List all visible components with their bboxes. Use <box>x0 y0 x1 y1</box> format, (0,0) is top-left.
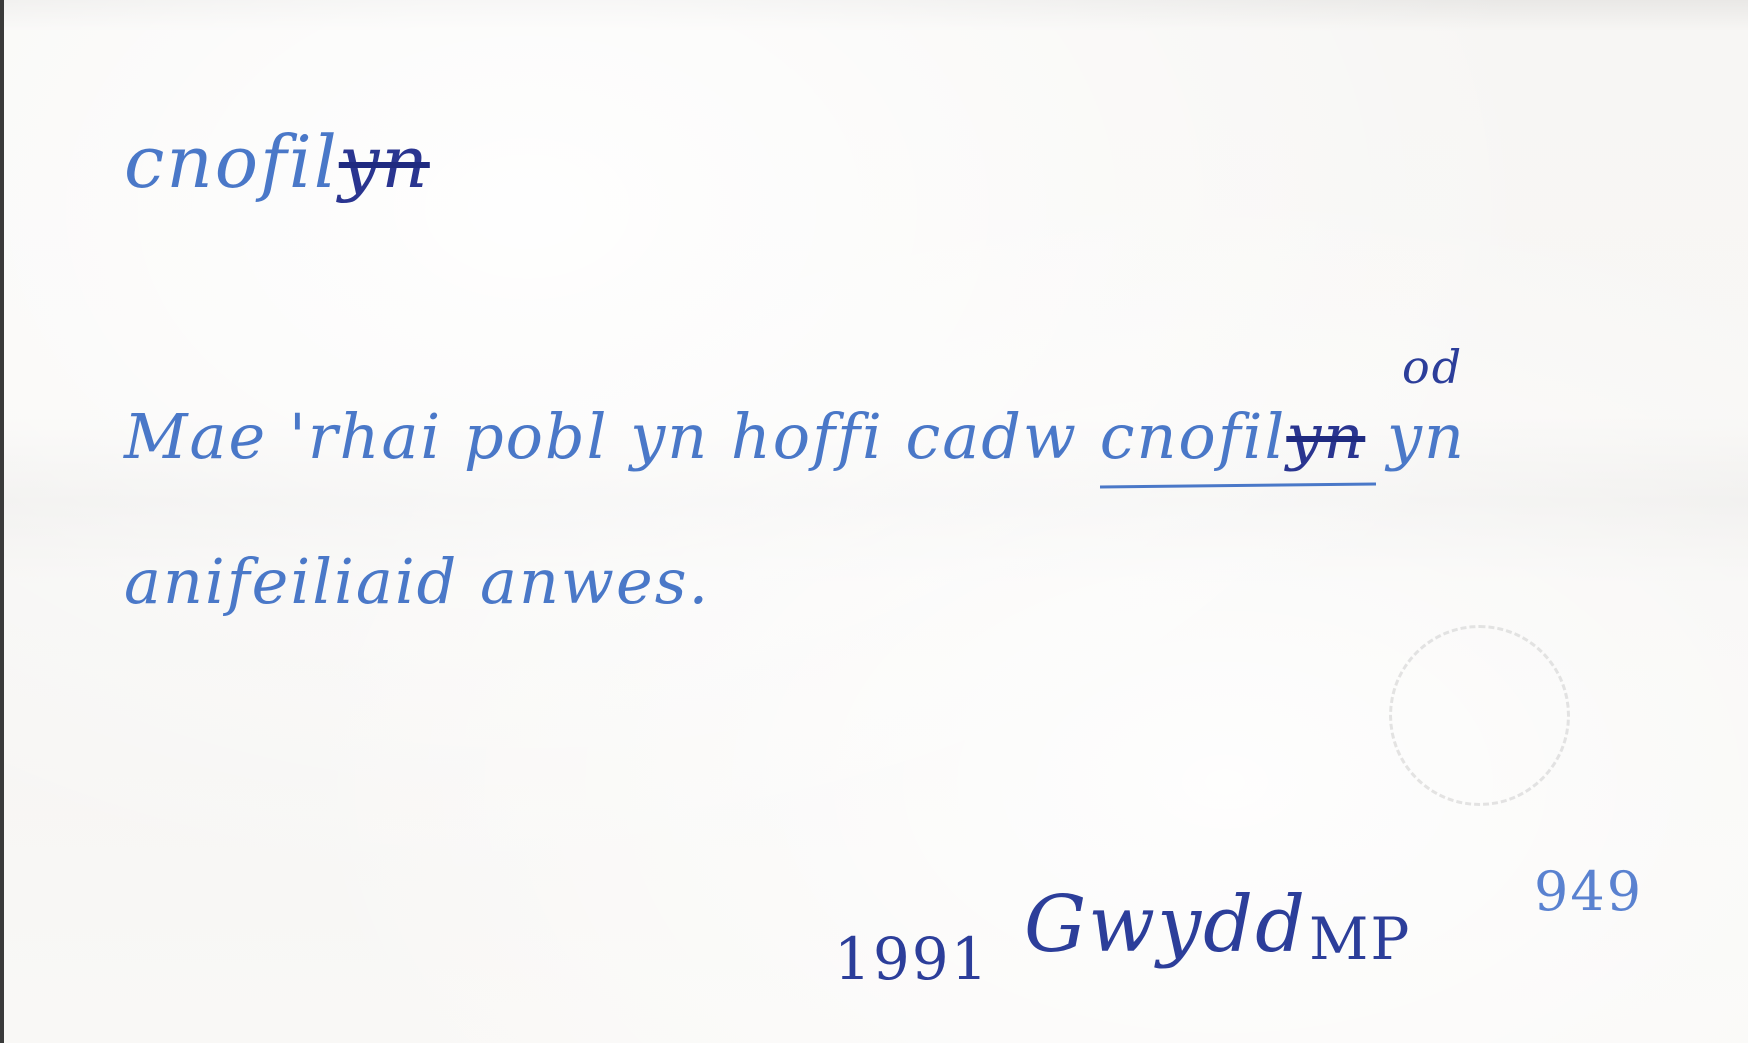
sentence-struck-suffix: yn <box>1286 400 1365 473</box>
inserted-correction: od <box>1402 340 1463 394</box>
headword-text: cnofil <box>124 120 339 204</box>
signature-name: Gwydd <box>1024 880 1307 970</box>
sentence-text-after: yn <box>1365 400 1466 473</box>
sentence-text-before: Mae 'rhai pobl yn hoffi cadw <box>124 400 1100 473</box>
index-card: cnofilyn Mae 'rhai pobl yn hoffi cadw cn… <box>0 0 1748 1043</box>
faint-stamp-impression <box>1389 625 1570 806</box>
underlined-word-text: cnofil <box>1100 400 1287 473</box>
headword: cnofilyn <box>124 120 430 204</box>
example-sentence-line-2: anifeiliaid anwes. <box>124 545 710 618</box>
example-sentence-line-1: Mae 'rhai pobl yn hoffi cadw cnofilyn yn <box>124 400 1466 473</box>
headword-struck-suffix: yn <box>339 120 430 204</box>
card-number: 949 <box>1534 860 1643 923</box>
underlined-word: cnofilyn <box>1100 400 1366 473</box>
signature-year: 1991 <box>834 925 990 993</box>
signature-suffix: MP <box>1309 905 1411 973</box>
